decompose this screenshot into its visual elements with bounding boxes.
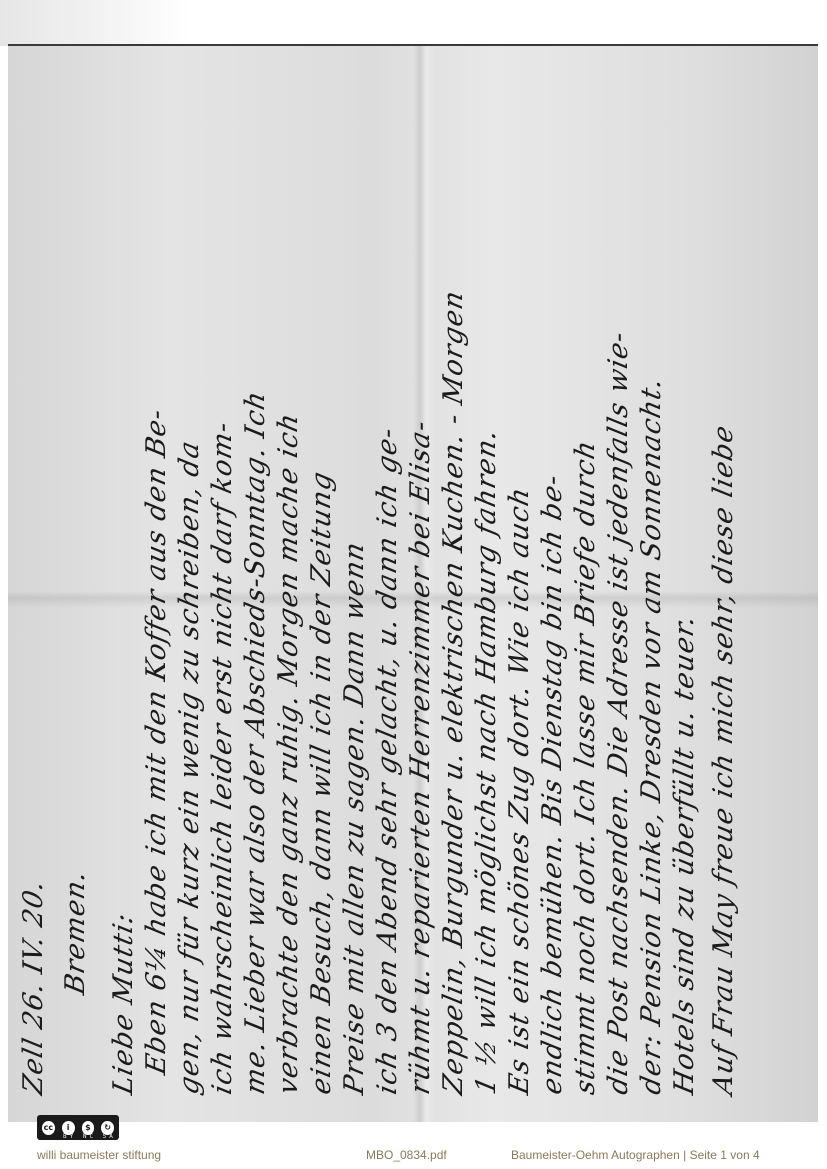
handwriting-line: gen, nur für kurz ein wenig zu schreiben… bbox=[174, 437, 205, 1097]
handwriting-line-place: Bremen. bbox=[60, 867, 91, 997]
handwriting-line: Liebe Mutti: bbox=[108, 910, 139, 1097]
handwriting-line: Preise mit allen zu sagen. Dann wenn bbox=[339, 539, 370, 1098]
handwriting-line: verbrachte den ganz ruhig. Morgen mache … bbox=[273, 410, 304, 1097]
handwriting-line: die Post nachsenden. Die Adresse ist jed… bbox=[603, 328, 634, 1097]
handwriting-line: ich wahrscheinlich leider erst nicht dar… bbox=[207, 418, 238, 1097]
handwriting-line: Auf Frau May freue ich mich sehr, diese … bbox=[708, 422, 739, 1097]
handwriting-line: Es ist ein schönes Zug dort. Wie ich auc… bbox=[504, 484, 535, 1097]
handwriting-line: Eben 6¼ habe ich mit den Koffer aus den … bbox=[141, 406, 172, 1078]
footer-publisher: willi baumeister stiftung bbox=[37, 1148, 161, 1162]
handwriting-line: stimmt noch dort. Ich lasse mir Briefe d… bbox=[570, 437, 601, 1097]
handwriting-line: endlich bemühen. Bis Dienstag bin ich be… bbox=[537, 471, 568, 1097]
handwriting-line: me. Lieber war also der Abschieds-Sonnta… bbox=[240, 388, 271, 1098]
scan-top-shadow bbox=[0, 0, 190, 46]
footer-page-info: Seite 1 von 4 bbox=[690, 1148, 760, 1162]
handwriting-line: 1 ½ will ich möglichst nach Hamburg fahr… bbox=[471, 426, 502, 1097]
handwriting-line: ich 3 den Abend sehr gelacht, u. dann ic… bbox=[372, 424, 403, 1097]
footer-collection: Baumeister-Oehm Autographen bbox=[511, 1148, 680, 1162]
handwriting-line-date: Zell 26. IV. 20. bbox=[18, 877, 49, 1097]
handwriting-line: Zeppelin, Burgunder u. elektrischen Kuch… bbox=[438, 287, 469, 1097]
footer-collection-pageinfo: Baumeister-Oehm Autographen | Seite 1 vo… bbox=[511, 1148, 760, 1162]
handwriting-line: einen Besuch, dann will ich in der Zeitu… bbox=[306, 468, 337, 1097]
footer-filename: MBO_0834.pdf bbox=[366, 1148, 447, 1162]
handwriting-line: Hotels sind zu überfüllt u. teuer. bbox=[669, 612, 700, 1097]
cc-icon: cc bbox=[40, 1119, 57, 1137]
handwriting-line: der: Pension Linke, Dresden vor am Sonne… bbox=[636, 375, 667, 1098]
handwriting-block: Zell 26. IV. 20. Bremen. Liebe Mutti: Eb… bbox=[8, 46, 818, 1122]
footer-separator: | bbox=[683, 1148, 686, 1162]
cc-license-sublabels: BY NC SA bbox=[63, 1133, 116, 1140]
handwriting-line: rühmt u. reparierten Herrenzimmer bei El… bbox=[405, 417, 436, 1097]
letter-scan: Zell 26. IV. 20. Bremen. Liebe Mutti: Eb… bbox=[8, 44, 818, 1122]
